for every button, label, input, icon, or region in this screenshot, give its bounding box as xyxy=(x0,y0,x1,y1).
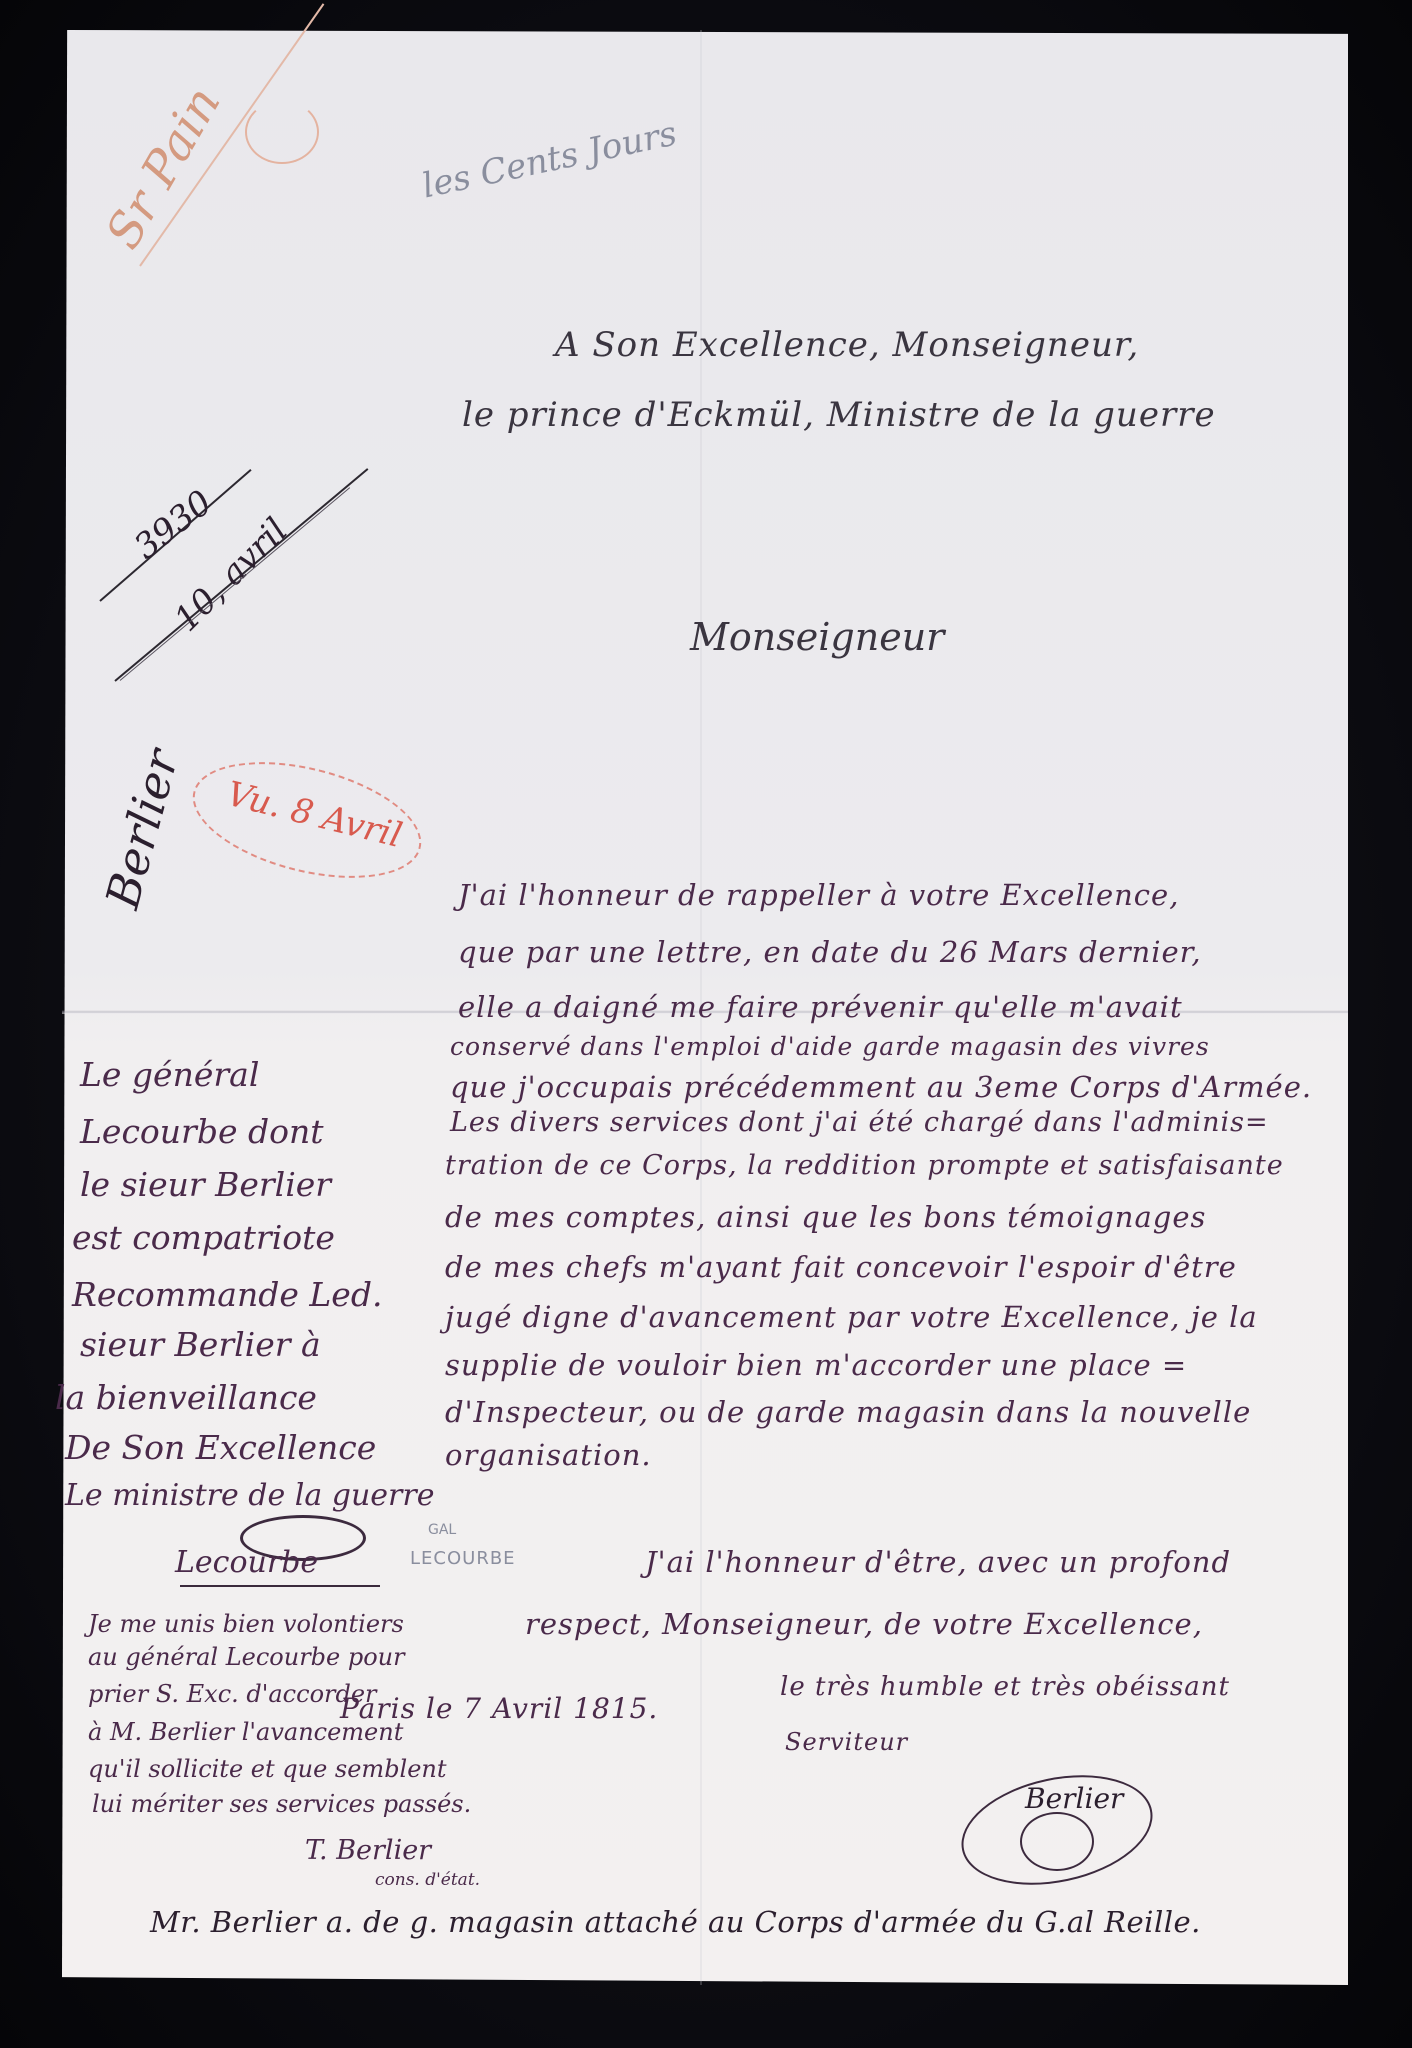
endorsement-line-8: De Son Excellence xyxy=(65,1428,376,1467)
second-endorsement-line-5: qu'il sollicite et que semblent xyxy=(88,1755,447,1783)
pencil-label-lecourbe: LECOURBE xyxy=(410,1548,516,1569)
body-line-6: Les divers services dont j'ai été chargé… xyxy=(450,1107,1269,1138)
closing-line-4: Serviteur xyxy=(785,1728,908,1756)
address-line-2: le prince d'Eckmül, Ministre de la guerr… xyxy=(462,395,1216,435)
endorsement-line-5: Recommande Led. xyxy=(72,1275,382,1314)
endorsement-line-2: Lecourbe dont xyxy=(80,1112,323,1151)
signature-flourish-inner xyxy=(1020,1812,1094,1871)
body-line-9: de mes chefs m'ayant fait concevoir l'es… xyxy=(445,1250,1237,1284)
orange-arc-mark xyxy=(245,100,319,164)
body-line-10: jugé digne d'avancement par votre Excell… xyxy=(445,1300,1258,1334)
body-line-7: tration de ce Corps, la reddition prompt… xyxy=(445,1150,1284,1181)
endorsement-line-9: Le ministre de la guerre xyxy=(65,1478,434,1513)
pencil-label-gal: GAL xyxy=(428,1522,456,1538)
lecourbe-signature-underline xyxy=(180,1585,380,1587)
salutation: Monseigneur xyxy=(690,615,944,659)
body-line-8: de mes comptes, ainsi que les bons témoi… xyxy=(445,1200,1206,1234)
body-line-3: elle a daigné me faire prévenir qu'elle … xyxy=(458,990,1183,1024)
body-line-5: que j'occupais précédemment au 3eme Corp… xyxy=(450,1070,1312,1104)
closing-line-2: respect, Monseigneur, de votre Excellenc… xyxy=(525,1607,1203,1641)
endorsement-line-3: le sieur Berlier xyxy=(80,1165,331,1204)
body-line-11: supplie de vouloir bien m'accorder une p… xyxy=(445,1348,1187,1382)
second-endorsement-line-4: à M. Berlier l'avancement xyxy=(88,1718,403,1746)
body-line-13: organisation. xyxy=(445,1438,652,1472)
lecourbe-signature: Lecourbe xyxy=(175,1545,318,1580)
endorsement-line-1: Le général xyxy=(80,1055,259,1094)
closing-line-1: J'ai l'honneur d'être, avec un profond xyxy=(645,1545,1231,1579)
second-endorsement-line-6: lui mériter ses services passés. xyxy=(92,1790,471,1818)
closing-line-3: le très humble et très obéissant xyxy=(780,1672,1230,1702)
address-line-1: A Son Excellence, Monseigneur, xyxy=(555,325,1139,365)
endorsement-line-7: la bienveillance xyxy=(55,1378,317,1417)
second-endorsement-line-1: Je me unis bien volontiers xyxy=(88,1610,404,1638)
letter-signature: Berlier xyxy=(1025,1782,1123,1815)
footer-line: Mr. Berlier a. de g. magasin attaché au … xyxy=(150,1905,1201,1939)
endorsement-line-6: sieur Berlier à xyxy=(80,1325,321,1364)
body-line-12: d'Inspecteur, ou de garde magasin dans l… xyxy=(445,1395,1251,1429)
endorsement-line-4: est compatriote xyxy=(72,1218,335,1257)
body-line-1: J'ai l'honneur de rappeller à votre Exce… xyxy=(458,878,1179,912)
body-line-4: conservé dans l'emploi d'aide garde maga… xyxy=(450,1032,1210,1061)
body-line-2: que par une lettre, en date du 26 Mars d… xyxy=(458,935,1202,969)
second-endorsement-line-2: au général Lecourbe pour xyxy=(88,1643,405,1671)
second-endorsement-title: cons. d'état. xyxy=(375,1870,480,1890)
second-endorsement-line-3: prier S. Exc. d'accorder xyxy=(88,1680,377,1708)
second-endorsement-signature: T. Berlier xyxy=(305,1835,431,1866)
